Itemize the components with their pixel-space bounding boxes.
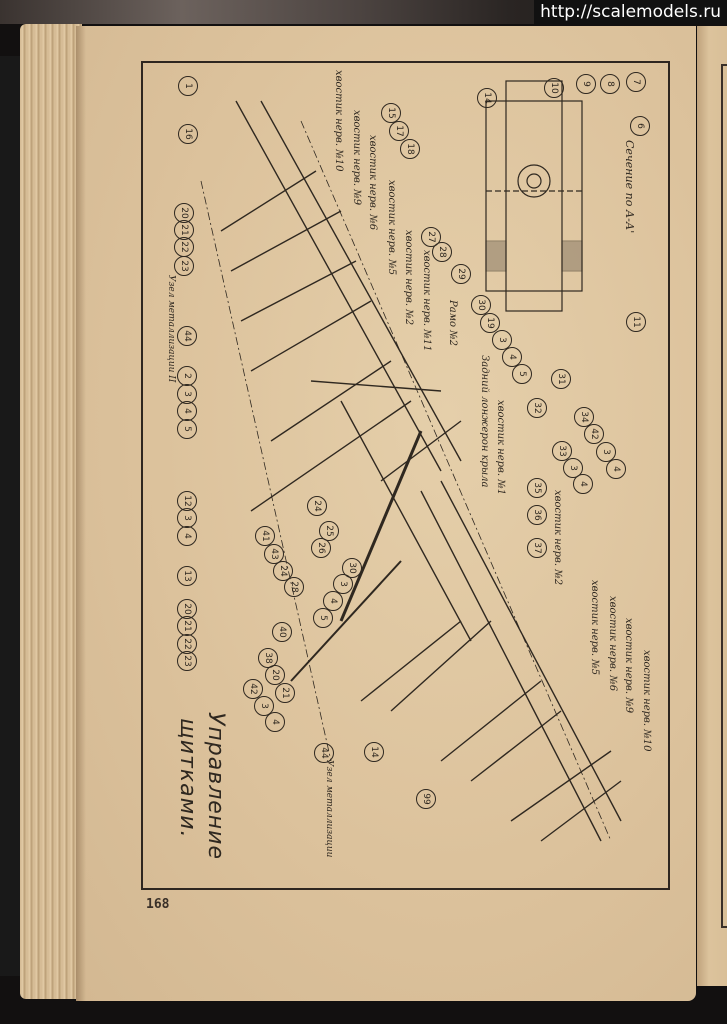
callout-44: 44 (177, 326, 197, 346)
callout-18: 18 (400, 139, 420, 159)
callout-section-7: 7 (626, 72, 646, 92)
callout-17: 17 (389, 121, 409, 141)
label-rib-9b: хвостик нерв. №9 (623, 618, 634, 713)
label-rear-spar: Задний лонжерон крыла (479, 355, 490, 487)
callout-37: 37 (527, 538, 547, 558)
label-rib-1: хвостик нерв. №1 (495, 400, 506, 495)
label-node-2: Узел металлизации II (166, 275, 176, 382)
section-label: Сечение по А-А' (623, 140, 636, 233)
callout-30: 30 (471, 295, 491, 315)
title-line-1: Управление (203, 712, 228, 860)
callout-42: 42 (584, 424, 604, 444)
callout-section-9: 9 (576, 74, 596, 94)
callout-section-10: 10 (544, 78, 564, 98)
callout-2: 2 (177, 366, 197, 386)
callout-21c: 21 (275, 683, 295, 703)
callout-40: 40 (272, 622, 292, 642)
label-spar-2: Рамо №2 (447, 300, 458, 346)
callout-24: 24 (307, 496, 327, 516)
callout-15: 15 (381, 103, 401, 123)
callout-5: 5 (512, 364, 532, 384)
callout-4d: 4 (177, 401, 197, 421)
callout-28: 28 (432, 242, 452, 262)
callout-36: 36 (527, 505, 547, 525)
callout-4b: 4 (606, 459, 626, 479)
callout-20c: 20 (265, 665, 285, 685)
watermark: http://scalemodels.ru (534, 0, 727, 24)
label-node-44: Узел металлизации (324, 760, 334, 857)
callout-5d: 5 (177, 419, 197, 439)
label-rib-6b: хвостик нерв. №6 (607, 596, 618, 691)
callout-41: 41 (255, 526, 275, 546)
callout-28b: 28 (284, 577, 304, 597)
label-rib-2: хвостик нерв. №2 (403, 230, 414, 325)
label-rib-5: хвостик нерв. №5 (386, 180, 397, 275)
callout-23b: 23 (177, 651, 197, 671)
callout-21b: 21 (177, 616, 197, 636)
callout-4c: 4 (573, 474, 593, 494)
callout-1: 1 (178, 76, 198, 96)
callout-section-14: 14 (477, 88, 497, 108)
label-rib-5b: хвостик нерв. №5 (589, 580, 600, 675)
page-stack-edges (20, 24, 82, 999)
callout-3e: 3 (177, 508, 197, 528)
callout-22: 22 (174, 237, 194, 257)
gutter-shadow (76, 26, 86, 1001)
callout-16: 16 (178, 124, 198, 144)
callout-35: 35 (527, 478, 547, 498)
label-rib-10b: хвостик нерв. №10 (641, 650, 652, 751)
callout-31: 31 (551, 369, 571, 389)
callout-section-8: 8 (600, 74, 620, 94)
page-number: 168 (146, 897, 169, 912)
callout-13: 13 (177, 566, 197, 586)
callout-29: 29 (451, 264, 471, 284)
callout-23: 23 (174, 256, 194, 276)
callout-section-11: 11 (626, 312, 646, 332)
next-page-edge (697, 26, 727, 986)
book-cover-edge (0, 56, 22, 976)
label-rib-6: хвостик нерв. №6 (367, 135, 378, 230)
callout-44b: 44 (314, 743, 334, 763)
callout-4e: 4 (177, 526, 197, 546)
callout-99: 99 (416, 789, 436, 809)
label-rib-10: хвостик нерв. №10 (333, 70, 344, 171)
section-view (486, 81, 582, 311)
callout-32: 32 (527, 398, 547, 418)
label-rib-11: хвостик нерв. №11 (421, 250, 432, 351)
callout-26: 26 (311, 538, 331, 558)
callout-section-6: 6 (630, 116, 650, 136)
title-line-2: щитками. (175, 718, 200, 839)
callout-4g: 4 (265, 712, 285, 732)
callout-5f: 5 (313, 608, 333, 628)
label-rib-9: хвостик нерв. №9 (351, 110, 362, 205)
label-rib-2b: хвостик нерв. №2 (552, 490, 563, 585)
callout-14: 14 (364, 742, 384, 762)
